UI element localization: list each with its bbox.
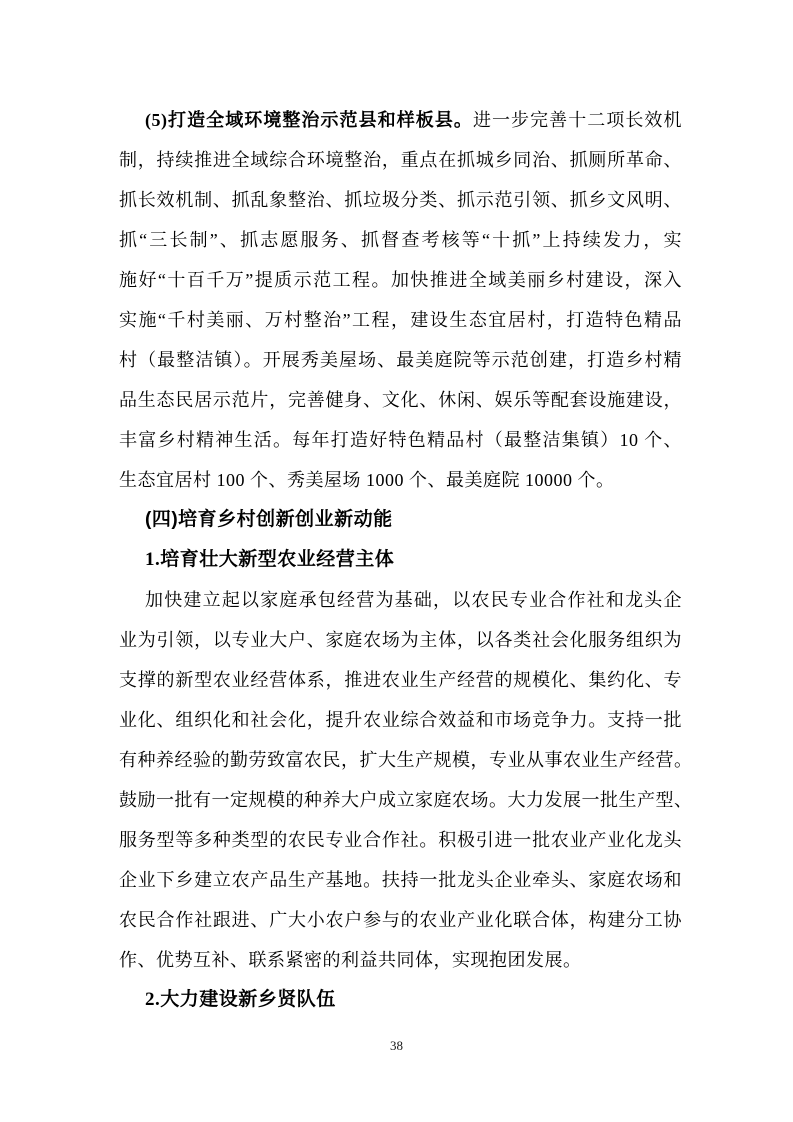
text-line: 业化、组织化和社会化，提升农业综合效益和市场竞争力。支持一批 (119, 700, 682, 740)
document-page: (5)打造全域环境整治示范县和样板县。进一步完善十二项长效机 制，持续推进全域综… (0, 0, 793, 1122)
paragraph-first-line: 加快建立起以家庭承包经营为基础，以农民专业合作社和龙头企 (119, 580, 682, 620)
text-line: 施好“十百千万”提质示范工程。加快推进全域美丽乡村建设，深入 (119, 260, 682, 300)
subsection-heading-2: 2.大力建设新乡贤队伍 (119, 980, 682, 1020)
text-line: 有种养经验的勤劳致富农民，扩大生产规模，专业从事农业生产经营。 (119, 740, 682, 780)
page-number: 38 (0, 1036, 793, 1056)
text-line: 抓长效机制、抓乱象整治、抓垃圾分类、抓示范引领、抓乡文风明、 (119, 180, 682, 220)
text-line: 制，持续推进全域综合环境整治，重点在抓城乡同治、抓厕所革命、 (119, 140, 682, 180)
text-line: 支撑的新型农业经营体系，推进农业生产经营的规模化、集约化、专 (119, 660, 682, 700)
text-line: 抓“三长制”、抓志愿服务、抓督查考核等“十抓”上持续发力，实 (119, 220, 682, 260)
text-line: 服务型等多种类型的农民专业合作社。积极引进一批农业产业化龙头 (119, 820, 682, 860)
bold-run: (5)打造全域环境整治示范县和样板县。 (145, 110, 473, 130)
text-line: 业为引领，以专业大户、家庭农场为主体，以各类社会化服务组织为 (119, 620, 682, 660)
text-run: 进一步完善十二项长效机 (473, 110, 682, 130)
text-line: 企业下乡建立农产品生产基地。扶持一批龙头企业牵头、家庭农场和 (119, 860, 682, 900)
text-line: 品生态民居示范片，完善健身、文化、休闲、娱乐等配套设施建设， (119, 380, 682, 420)
paragraph-first-line: (5)打造全域环境整治示范县和样板县。进一步完善十二项长效机 (119, 100, 682, 140)
text-line: 实施“千村美丽、万村整治”工程，建设生态宜居村，打造特色精品 (119, 300, 682, 340)
paragraph-last-line: 作、优势互补、联系紧密的利益共同体，实现抱团发展。 (119, 940, 682, 980)
text-line: 丰富乡村精神生活。每年打造好特色精品村（最整洁集镇）10 个、 (119, 420, 682, 460)
text-line: 村（最整洁镇）。开展秀美屋场、最美庭院等示范创建，打造乡村精 (119, 340, 682, 380)
text-line: 农民合作社跟进、广大小农户参与的农业产业化联合体，构建分工协 (119, 900, 682, 940)
paragraph-last-line: 生态宜居村 100 个、秀美屋场 1000 个、最美庭院 10000 个。 (119, 460, 682, 500)
document-body: (5)打造全域环境整治示范县和样板县。进一步完善十二项长效机 制，持续推进全域综… (119, 100, 682, 1020)
subsection-heading-1: 1.培育壮大新型农业经营主体 (119, 540, 682, 580)
text-line: 鼓励一批有一定规模的种养大户成立家庭农场。大力发展一批生产型、 (119, 780, 682, 820)
section-heading: (四)培育乡村创新创业新动能 (119, 500, 682, 540)
